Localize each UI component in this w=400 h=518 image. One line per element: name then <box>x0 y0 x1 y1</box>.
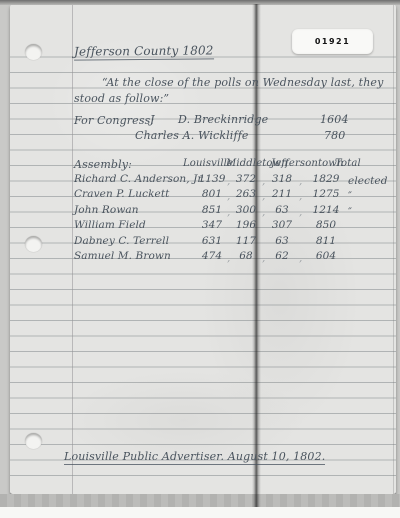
scan-top-edge <box>0 0 400 5</box>
table-row: John Rowan 851 , 300 , 63 , 1214 ″ <box>0 204 400 218</box>
cell-middletown: 263 <box>231 188 261 200</box>
scan-bottom-shadow <box>0 494 400 507</box>
table-row: Craven P. Luckett 801 , 263 , 211 , 1275… <box>0 188 400 202</box>
catalog-number-sticker: 01921 <box>292 29 373 54</box>
column-separator: , <box>227 190 230 202</box>
cell-louisville: 631 <box>196 235 228 247</box>
candidate-name: Craven P. Luckett <box>74 188 170 200</box>
catalog-number: 01921 <box>315 37 350 46</box>
punch-hole <box>25 44 42 60</box>
cell-jeffersontown: 63 <box>267 235 297 247</box>
page-right-edge-line <box>393 4 394 494</box>
scan-bottom-edge <box>0 507 400 518</box>
cell-note: elected <box>348 175 388 187</box>
candidate-name: Dabney C. Terrell <box>74 235 169 247</box>
candidate-name: Richard C. Anderson, Jr. <box>74 173 205 185</box>
assembly-heading: Assembly: <box>74 158 132 171</box>
column-separator: , <box>227 175 230 187</box>
candidate-name: Charles A. Wickliffe <box>135 129 249 142</box>
candidate-name: John Rowan <box>74 204 139 216</box>
table-row: Dabney C. Terrell 631 117 63 811 <box>0 235 400 249</box>
cell-middletown: 196 <box>231 219 261 231</box>
column-separator: , <box>262 206 265 218</box>
table-row: William Field 347 196 307 850 <box>0 219 400 233</box>
cell-louisville: 1139 <box>196 173 228 185</box>
cell-total: 1214 <box>306 204 346 216</box>
column-header-total: Total <box>335 158 361 169</box>
cell-total: 604 <box>306 250 346 262</box>
column-separator: , <box>299 175 302 187</box>
column-separator: , <box>262 252 265 264</box>
column-separator: , <box>299 190 302 202</box>
column-separator: , <box>227 252 230 264</box>
cell-middletown: 117 <box>231 235 261 247</box>
cell-jeffersontown: 307 <box>267 219 297 231</box>
cell-jeffersontown: 211 <box>267 188 297 200</box>
cell-louisville: 851 <box>196 204 228 216</box>
ruled-lines <box>10 42 396 490</box>
source-citation: Louisville Public Advertiser. August 10,… <box>64 450 325 463</box>
margin-line <box>72 4 73 494</box>
cell-middletown: 68 <box>231 250 261 262</box>
cell-louisville: 801 <box>196 188 228 200</box>
cell-total: 1275 <box>306 188 346 200</box>
quote-line-2: stood as follow:” <box>74 92 169 105</box>
column-separator: , <box>227 206 230 218</box>
cell-total: 811 <box>306 235 346 247</box>
scanned-document-page: 01921 Jefferson County 1802 “At the clos… <box>0 0 400 518</box>
cell-note: ″ <box>348 190 352 202</box>
column-separator: , <box>262 190 265 202</box>
table-row: Samuel M. Brown 474 , 68 , 62 , 604 <box>0 250 400 264</box>
cell-total: 1829 <box>306 173 346 185</box>
column-separator: , <box>262 175 265 187</box>
cell-jeffersontown: 63 <box>267 204 297 216</box>
table-row: Richard C. Anderson, Jr. 1139 , 372 , 31… <box>0 173 400 187</box>
quote-line-1: “At the close of the polls on Wednesday … <box>102 76 383 89</box>
cell-middletown: 372 <box>231 173 261 185</box>
candidate-votes: 1604 <box>320 113 349 126</box>
column-separator: , <box>299 252 302 264</box>
column-header-jeffersontown: Jeffersontown <box>271 158 344 169</box>
cell-jeffersontown: 318 <box>267 173 297 185</box>
cell-note: ″ <box>348 206 352 218</box>
cell-jeffersontown: 62 <box>267 250 297 262</box>
cell-louisville: 347 <box>196 219 228 231</box>
cell-total: 850 <box>306 219 346 231</box>
candidate-votes: 780 <box>324 129 345 142</box>
column-separator: , <box>299 206 302 218</box>
congress-initial: J <box>150 113 155 126</box>
congress-heading: For Congress: <box>74 114 154 127</box>
cell-middletown: 300 <box>231 204 261 216</box>
punch-hole <box>25 433 42 449</box>
candidate-name: Samuel M. Brown <box>74 250 171 262</box>
candidate-name: D. Breckinridge <box>178 113 268 126</box>
candidate-name: William Field <box>74 219 146 231</box>
page-title: Jefferson County 1802 <box>74 43 214 58</box>
cell-louisville: 474 <box>196 250 228 262</box>
